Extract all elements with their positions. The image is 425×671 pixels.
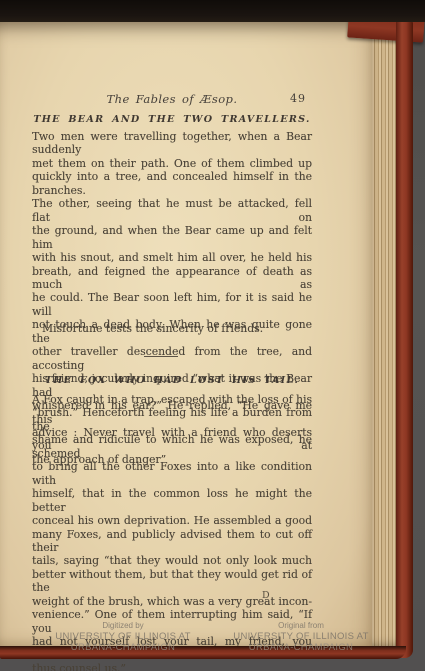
text-line: conceal his own deprivation. He assemble…	[32, 514, 312, 527]
stamp-line: URBANA-CHAMPAIGN	[216, 642, 386, 653]
scan-background: The Fables of Æsop. 49 THE BEAR AND THE …	[0, 0, 425, 671]
text-line: many Foxes, and publicly advised them to…	[32, 528, 312, 555]
text-line: weight of the brush, which was a very gr…	[32, 595, 312, 608]
text-line: thus counsel us.”	[32, 662, 312, 671]
printer-signature-mark: D	[262, 590, 270, 601]
text-line: he could. The Bear soon left him, for it…	[32, 291, 312, 318]
text-line: to bring all the other Foxes into a like…	[32, 460, 312, 487]
text-line: with his snout, and smelt him all over, …	[32, 251, 312, 264]
stamp-line: URBANA-CHAMPAIGN	[38, 642, 208, 653]
fable-moral: Misfortune tests the sincerity of friend…	[32, 322, 312, 335]
text-line: other traveller descended from the tree,…	[32, 345, 312, 372]
text-line: quickly into a tree, and concealed himse…	[32, 170, 312, 197]
text-line: Two men were travelling together, when a…	[32, 130, 312, 157]
fable-title-fox: THE FOX WHO HAD LOST HIS TAIL.	[32, 375, 312, 386]
stamp-line: UNIVERSITY OF ILLINOIS AT	[38, 631, 208, 642]
running-head-title: The Fables of Æsop.	[107, 92, 238, 106]
text-line: The other, seeing that he must be attack…	[32, 197, 312, 224]
text-line: the ground, and when the Bear came up an…	[32, 224, 312, 251]
page-number: 49	[290, 92, 306, 105]
fable-title-bear: THE BEAR AND THE TWO TRAVELLERS.	[32, 114, 312, 125]
text-line: met them on their path. One of them clim…	[32, 157, 312, 170]
text-line: better without them, but that they would…	[32, 568, 312, 595]
text-line: tails, saying “that they would not only …	[32, 554, 312, 567]
original-from-stamp: Original from UNIVERSITY OF ILLINOIS AT …	[216, 620, 386, 653]
running-head: The Fables of Æsop. 49	[32, 92, 312, 107]
digitized-by-stamp: Digitized by UNIVERSITY OF ILLINOIS AT U…	[38, 620, 208, 653]
book-page: The Fables of Æsop. 49 THE BEAR AND THE …	[0, 22, 376, 648]
text-line: “brush.” Henceforth feeling his life a b…	[32, 406, 312, 433]
book-cover-right-edge	[396, 18, 413, 658]
stamp-line: Digitized by	[38, 620, 208, 631]
text-line: himself, that in the common loss he migh…	[32, 487, 312, 514]
text-line: breath, and feigned the appearance of de…	[32, 265, 312, 292]
text-line: shame and ridicule to which he was expos…	[32, 433, 312, 460]
section-divider	[144, 356, 178, 357]
stamp-line: UNIVERSITY OF ILLINOIS AT	[216, 631, 386, 642]
stamp-line: Original from	[216, 620, 386, 631]
scan-top-shadow	[0, 0, 425, 22]
text-line: A Fox caught in a trap, escaped with the…	[32, 393, 312, 406]
